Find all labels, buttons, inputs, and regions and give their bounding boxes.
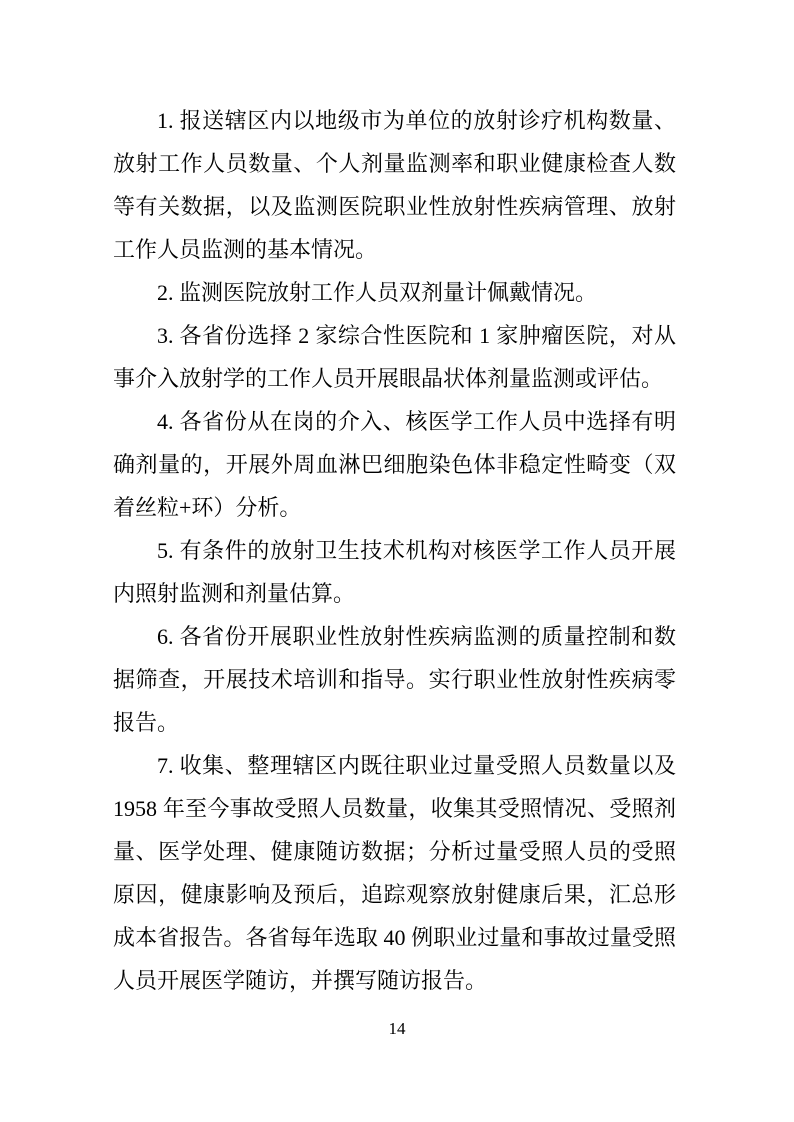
document-body: 1. 报送辖区内以地级市为单位的放射诊疗机构数量、放射工作人员数量、个人剂量监测… [113, 99, 676, 1002]
page-footer: 14 [0, 1018, 794, 1040]
text-paragraph-5: 5. 有条件的放射卫生技术机构对核医学工作人员开展内照射监测和剂量估算。 [113, 529, 676, 615]
text-paragraph-3: 3. 各省份选择 2 家综合性医院和 1 家肿瘤医院，对从事介入放射学的工作人员… [113, 314, 676, 400]
text-paragraph-4: 4. 各省份从在岗的介入、核医学工作人员中选择有明确剂量的，开展外周血淋巴细胞染… [113, 400, 676, 529]
document-page: 1. 报送辖区内以地级市为单位的放射诊疗机构数量、放射工作人员数量、个人剂量监测… [0, 0, 794, 1122]
text-paragraph-2: 2. 监测医院放射工作人员双剂量计佩戴情况。 [113, 271, 676, 314]
text-paragraph-1: 1. 报送辖区内以地级市为单位的放射诊疗机构数量、放射工作人员数量、个人剂量监测… [113, 99, 676, 271]
page-number: 14 [389, 1019, 406, 1038]
text-paragraph-7: 7. 收集、整理辖区内既往职业过量受照人员数量以及 1958 年至今事故受照人员… [113, 744, 676, 1002]
text-paragraph-6: 6. 各省份开展职业性放射性疾病监测的质量控制和数据筛查，开展技术培训和指导。实… [113, 615, 676, 744]
